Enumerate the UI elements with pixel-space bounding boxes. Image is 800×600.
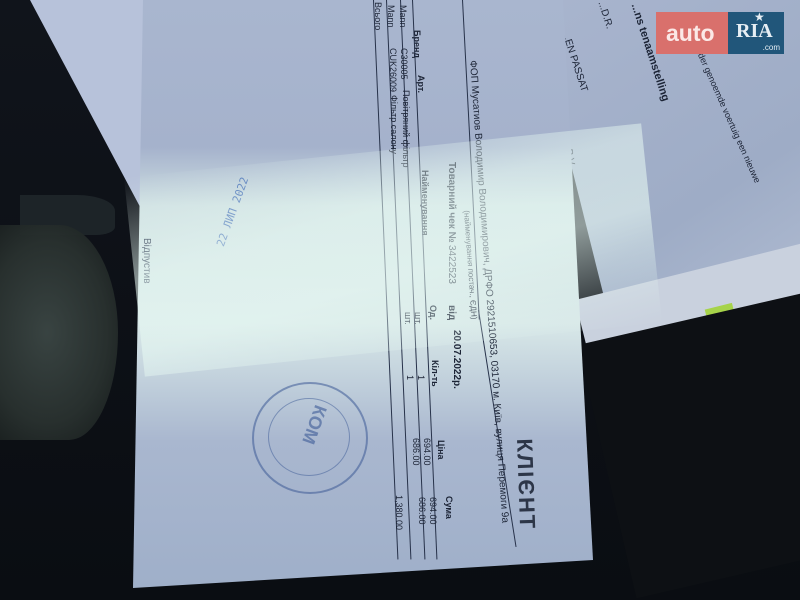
row1-price: 694.00	[422, 438, 432, 466]
row1-name: Повітряний фільтр	[401, 90, 411, 167]
row1-unit: шт.	[413, 312, 423, 325]
watermark-ria: ★ RIA .com	[728, 12, 784, 54]
column-header: Арт.	[416, 75, 426, 93]
watermark-domain: .com	[763, 43, 780, 52]
receipt-date: 20.07.2022р.	[451, 330, 462, 389]
autoria-watermark: auto ★ RIA .com	[656, 12, 784, 54]
receipt-number: 3422523	[446, 245, 457, 284]
row1-article: C30005	[399, 48, 409, 80]
row2-brand: Mann	[386, 5, 396, 28]
column-header: Сума	[444, 496, 454, 519]
row1-qty: 1	[416, 375, 426, 380]
receipt-title: Товарний чек №	[446, 162, 457, 243]
total-value: 1,380.00	[394, 495, 404, 530]
car-seat	[0, 225, 118, 440]
copy-label: КЛІЄНТ	[511, 438, 540, 531]
row2-qty: 1	[405, 375, 415, 380]
watermark-ria-text: RIA	[736, 20, 773, 43]
from-label: від	[446, 305, 457, 320]
column-header: Од.	[428, 305, 438, 320]
row2-name: Фільтр салону	[389, 95, 399, 154]
row2-unit: шт.	[403, 312, 413, 325]
company-seal: КОМ	[252, 382, 368, 494]
row2-sum: 686.00	[417, 497, 427, 525]
watermark-auto: auto	[656, 12, 728, 54]
row1-brand: Mann	[398, 5, 408, 28]
total-label: Всього	[373, 2, 383, 30]
column-header: Кіл-ть	[430, 360, 440, 387]
row1-sum: 694.00	[428, 497, 438, 525]
photo-scene: ...ns tenaamstelling ...nder genoemde vo…	[0, 0, 800, 600]
footer-released: Відпустив	[141, 238, 152, 284]
column-header: Ціна	[436, 440, 446, 460]
row2-article: CUK26009	[388, 48, 398, 92]
row2-price: 686.00	[411, 438, 421, 466]
